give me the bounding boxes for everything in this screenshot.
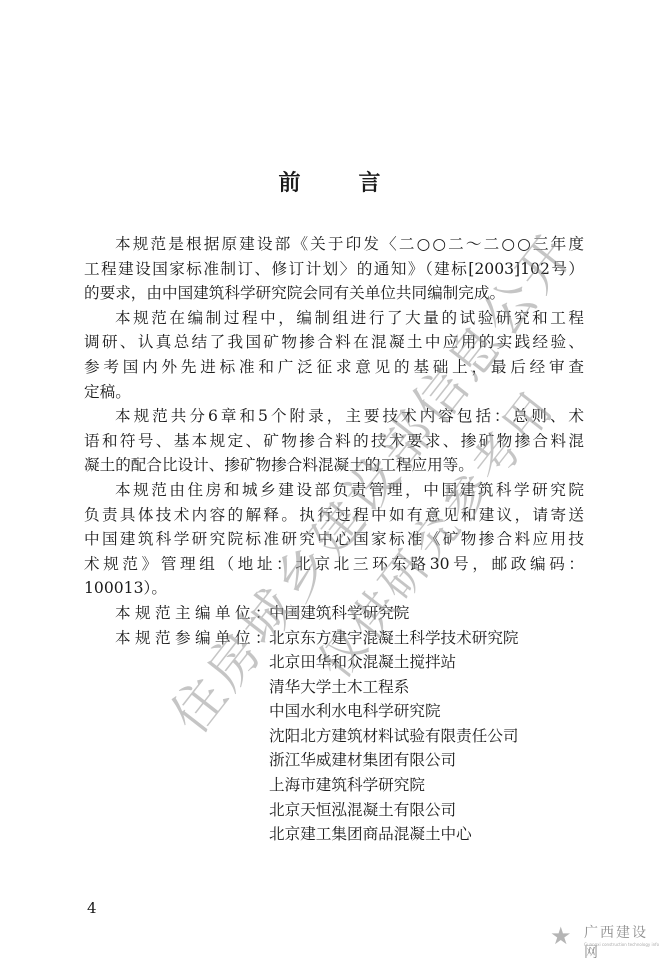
chief-editor-row: 本规范主编单位： 中国建筑科学研究院 <box>84 601 584 626</box>
logo-subtext: Guangxi construction technology info <box>584 942 659 947</box>
paragraph-line: 调研、认真总结了我国矿物掺合料在混凝土中应用的实践经验、 <box>84 330 584 355</box>
chief-editor-label: 本规范主编单位： <box>84 601 269 626</box>
paragraph-line: 参考国内外先进标准和广泛征求意见的基础上，最后经审查 <box>84 355 584 380</box>
participant-row: 北京天恒泓混凝土有限公司 <box>84 798 584 823</box>
paragraph-line: 100013）。 <box>84 576 584 601</box>
participant-unit: 浙江华威建材集团有限公司 <box>269 748 456 773</box>
paragraph-3: 本规范共分6章和5个附录，主要技术内容包括：总则、术 语和符号、基本规定、矿物掺… <box>84 404 584 478</box>
participant-row: 中国水利水电科学研究院 <box>84 699 584 724</box>
page-number: 4 <box>87 899 97 917</box>
paragraph-line: 本规范共分6章和5个附录，主要技术内容包括：总则、术 <box>84 404 584 429</box>
star-logo-icon: ★ <box>550 922 572 950</box>
participant-row: 浙江华威建材集团有限公司 <box>84 748 584 773</box>
participant-row: 本规范参编单位： 北京东方建宇混凝土科学技术研究院 <box>84 626 584 651</box>
logo-text: 广西建设网 <box>584 922 658 958</box>
participant-unit: 清华大学土木工程系 <box>269 675 409 700</box>
title-char-2: 言 <box>359 166 383 197</box>
participant-unit: 中国水利水电科学研究院 <box>269 699 441 724</box>
page-title: 前言 <box>0 166 661 197</box>
participants-label: 本规范参编单位： <box>84 626 269 651</box>
paragraph-line: 工程建设国家标准制订、修订计划〉的通知》（建标[2003]102号） <box>84 257 584 282</box>
participant-row: 上海市建筑科学研究院 <box>84 773 584 798</box>
participant-row: 沈阳北方建筑材料试验有限责任公司 <box>84 724 584 749</box>
participant-unit: 北京田华和众混凝土搅拌站 <box>269 650 456 675</box>
participant-unit: 北京建工集团商品混凝土中心 <box>269 822 472 847</box>
paragraph-line: 语和符号、基本规定、矿物掺合料的技术要求、掺矿物掺合料混 <box>84 429 584 454</box>
editing-units: 本规范主编单位： 中国建筑科学研究院 本规范参编单位： 北京东方建宇混凝土科学技… <box>84 601 584 847</box>
chief-editor-value: 中国建筑科学研究院 <box>269 601 409 626</box>
title-char-1: 前 <box>278 166 302 197</box>
document-page: 前言 本规范是根据原建设部《关于印发〈二○○二～二○○三年度 工程建设国家标准制… <box>0 0 661 958</box>
paragraph-line: 本规范是根据原建设部《关于印发〈二○○二～二○○三年度 <box>84 232 584 257</box>
paragraph-line: 本规范在编制过程中，编制组进行了大量的试验研究和工程 <box>84 306 584 331</box>
participant-unit: 北京东方建宇混凝土科学技术研究院 <box>269 626 519 651</box>
paragraph-2: 本规范在编制过程中，编制组进行了大量的试验研究和工程 调研、认真总结了我国矿物掺… <box>84 306 584 404</box>
paragraph-line: 的要求，由中国建筑科学研究院会同有关单位共同编制完成。 <box>84 281 584 306</box>
paragraph-line: 本规范由住房和城乡建设部负责管理，中国建筑科学研究院 <box>84 478 584 503</box>
paragraph-line: 凝土的配合比设计、掺矿物掺合料混凝土的工程应用等。 <box>84 453 584 478</box>
paragraph-4: 本规范由住房和城乡建设部负责管理，中国建筑科学研究院 负责具体技术内容的解释。执… <box>84 478 584 601</box>
paragraph-line: 定稿。 <box>84 380 584 405</box>
participant-row: 清华大学土木工程系 <box>84 675 584 700</box>
paragraph-1: 本规范是根据原建设部《关于印发〈二○○二～二○○三年度 工程建设国家标准制订、修… <box>84 232 584 306</box>
participant-unit: 北京天恒泓混凝土有限公司 <box>269 798 456 823</box>
participant-unit: 上海市建筑科学研究院 <box>269 773 425 798</box>
paragraph-line: 负责具体技术内容的解释。执行过程中如有意见和建议，请寄送 <box>84 503 584 528</box>
participant-row: 北京建工集团商品混凝土中心 <box>84 822 584 847</box>
site-logo: ★ 广西建设网 Guangxi construction technology … <box>550 920 658 954</box>
participant-row: 北京田华和众混凝土搅拌站 <box>84 650 584 675</box>
participant-unit: 沈阳北方建筑材料试验有限责任公司 <box>269 724 519 749</box>
paragraph-line: 中国建筑科学研究院标准研究中心国家标准《矿物掺合料应用技 <box>84 527 584 552</box>
document-body: 本规范是根据原建设部《关于印发〈二○○二～二○○三年度 工程建设国家标准制订、修… <box>84 232 584 847</box>
paragraph-line: 术规范》管理组（地址：北京北三环东路30号，邮政编码： <box>84 552 584 577</box>
